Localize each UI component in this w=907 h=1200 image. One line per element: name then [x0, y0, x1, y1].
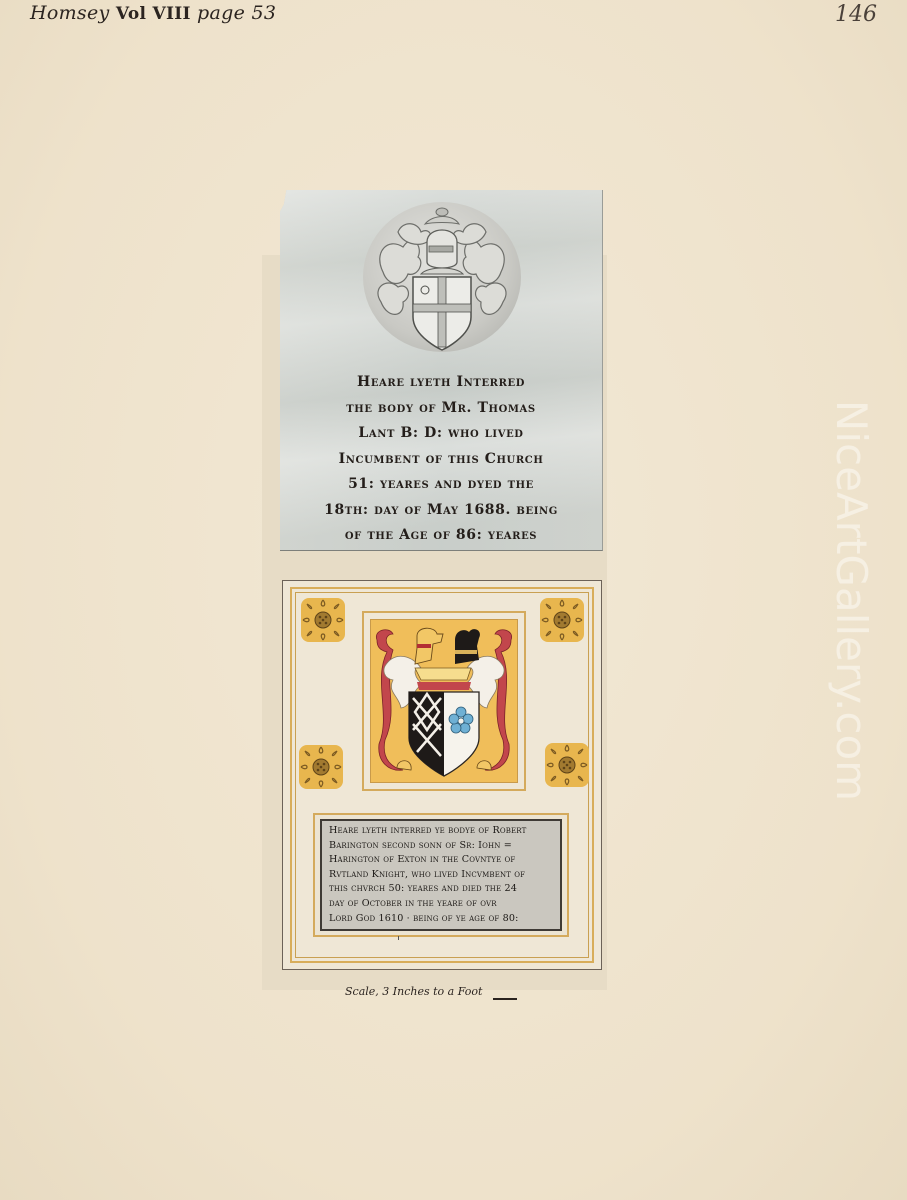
- inscription-line: day of October in the yeare of ovr: [329, 897, 556, 912]
- lower-monument-slab: Heare lyeth interred ye bodye of Robert …: [282, 580, 602, 970]
- inscription-line: of the Age of 86: yeares: [280, 523, 602, 549]
- inscription-line: 51: yeares and dyed the: [280, 472, 602, 498]
- tick-mark: [398, 936, 399, 940]
- inscription-line: Barington second sonn of Sr: Iohn =: [329, 839, 556, 854]
- page-number: 146: [835, 2, 877, 27]
- upper-monument-slab: Heare lyeth Interred the body of Mr. Tho…: [280, 190, 603, 551]
- rosette-icon: [297, 743, 345, 791]
- inscription-line: Lant B: D: who lived: [280, 421, 602, 447]
- volume-heading-volume: Vol VIII: [116, 4, 191, 24]
- inscription-line: Lord God 1610 · being of ye age of 80:: [329, 912, 556, 927]
- volume-heading: Homsey Vol VIII page 53: [30, 2, 276, 24]
- inscription-line: Heare lyeth Interred: [280, 370, 602, 396]
- scale-bar: [493, 998, 517, 1000]
- rosette-icon: [543, 741, 591, 789]
- volume-heading-page: page 53: [197, 2, 276, 24]
- stone-coat-of-arms-icon: [363, 202, 521, 352]
- painted-coat-of-arms-icon: [370, 619, 518, 783]
- inscription-line: Heare lyeth interred ye bodye of Robert: [329, 824, 556, 839]
- lower-inscription-frame: Heare lyeth interred ye bodye of Robert …: [313, 813, 569, 937]
- inscription-line: 18th: day of May 1688. being: [280, 498, 602, 524]
- painted-arms-panel: [362, 611, 526, 791]
- rosette-icon: [299, 596, 347, 644]
- inscription-line: the body of Mr. Thomas: [280, 396, 602, 422]
- volume-heading-place: Homsey: [30, 2, 110, 24]
- watermark: NiceArtGallery.com: [822, 405, 882, 795]
- inscription-line: Harington of Exton in the Covntye of: [329, 853, 556, 868]
- scale-note: Scale, 3 Inches to a Foot: [345, 985, 482, 998]
- watermark-text: NiceArtGallery.com: [828, 399, 877, 800]
- rosette-icon: [538, 596, 586, 644]
- inscription-line: Rvtland Knight, who lived Incvmbent of: [329, 868, 556, 883]
- inscription-line: Incumbent of this Church: [280, 447, 602, 473]
- inscription-line: this chvrch 50: yeares and died the 24: [329, 882, 556, 897]
- upper-inscription: Heare lyeth Interred the body of Mr. Tho…: [280, 370, 602, 549]
- lower-inscription: Heare lyeth interred ye bodye of Robert …: [320, 819, 562, 931]
